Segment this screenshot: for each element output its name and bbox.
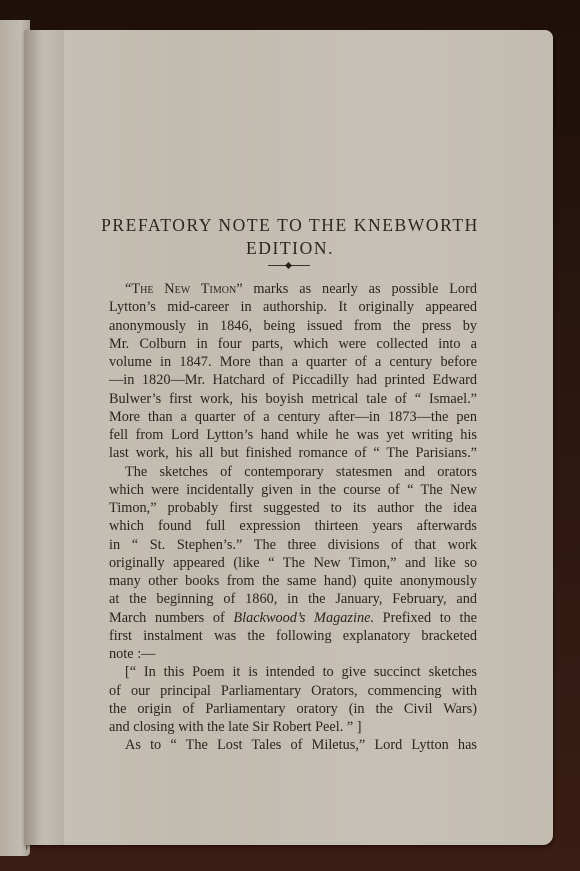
text-line: March numbers of Blackwood’s Magazine. P… <box>109 609 477 627</box>
text-line: the origin of Parliamentary oratory (in … <box>109 700 477 718</box>
text-line: The sketches of contemporary statesmen a… <box>109 463 477 481</box>
text-line: volume in 1847. More than a quarter of a… <box>109 353 477 371</box>
text-span: Prefixed to the <box>374 610 477 626</box>
text-line: fell from Lord Lytton’s hand while he wa… <box>109 426 477 444</box>
text-line: Mr. Colburn in four parts, which were co… <box>109 335 477 353</box>
text-line: and closing with the late Sir Robert Pee… <box>109 718 477 736</box>
text-line: many other books from the same hand) qui… <box>109 572 477 590</box>
text-line: which found full expression thirteen yea… <box>109 517 477 535</box>
text-span: March numbers of <box>109 610 233 626</box>
body-text: “The New Timon” marks as nearly as possi… <box>109 280 477 755</box>
text-line: As to “ The Lost Tales of Miletus,” Lord… <box>109 736 477 754</box>
text-line: Timon,” probably first suggested to its … <box>109 499 477 517</box>
text-line: at the beginning of 1860, in the January… <box>109 590 477 608</box>
text-line: More than a quarter of a century after—i… <box>109 408 477 426</box>
text-line: originally appeared (like “ The New Timo… <box>109 554 477 572</box>
text-line: anonymously in 1846, being issued from t… <box>109 317 477 335</box>
text-line: first instalment was the following expla… <box>109 627 477 645</box>
text-line: Lytton’s mid-career in authorship. It or… <box>109 298 477 316</box>
text-line: —in 1820—Mr. Hatchard of Piccadilly had … <box>109 371 477 389</box>
text-line: Bulwer’s first work, his boyish metrical… <box>109 390 477 408</box>
title-line-1: PREFATORY NOTE TO THE KNEBWORTH <box>100 214 480 237</box>
title-line-2: EDITION. <box>100 237 480 260</box>
text-line: “The New Timon” marks as nearly as possi… <box>109 280 477 298</box>
italic-text: Blackwood’s Magazine. <box>233 610 374 626</box>
text-line: of our principal Parliamentary Orators, … <box>109 682 477 700</box>
text-line: [“ In this Poem it is intended to give s… <box>109 663 477 681</box>
text-line: which were incidentally given in the cou… <box>109 481 477 499</box>
ornament-rule-icon <box>268 264 310 267</box>
text-line: note :— <box>109 645 477 663</box>
text-span: ” marks as nearly as possible Lord <box>236 281 477 297</box>
text-line: last work, his all but finished romance … <box>109 444 477 462</box>
page-fold-shading <box>24 30 64 845</box>
text-line: in “ St. Stephen’s.” The three divisions… <box>109 536 477 554</box>
small-caps-text: The New Timon <box>131 281 236 297</box>
page-title: PREFATORY NOTE TO THE KNEBWORTH EDITION. <box>100 214 480 260</box>
